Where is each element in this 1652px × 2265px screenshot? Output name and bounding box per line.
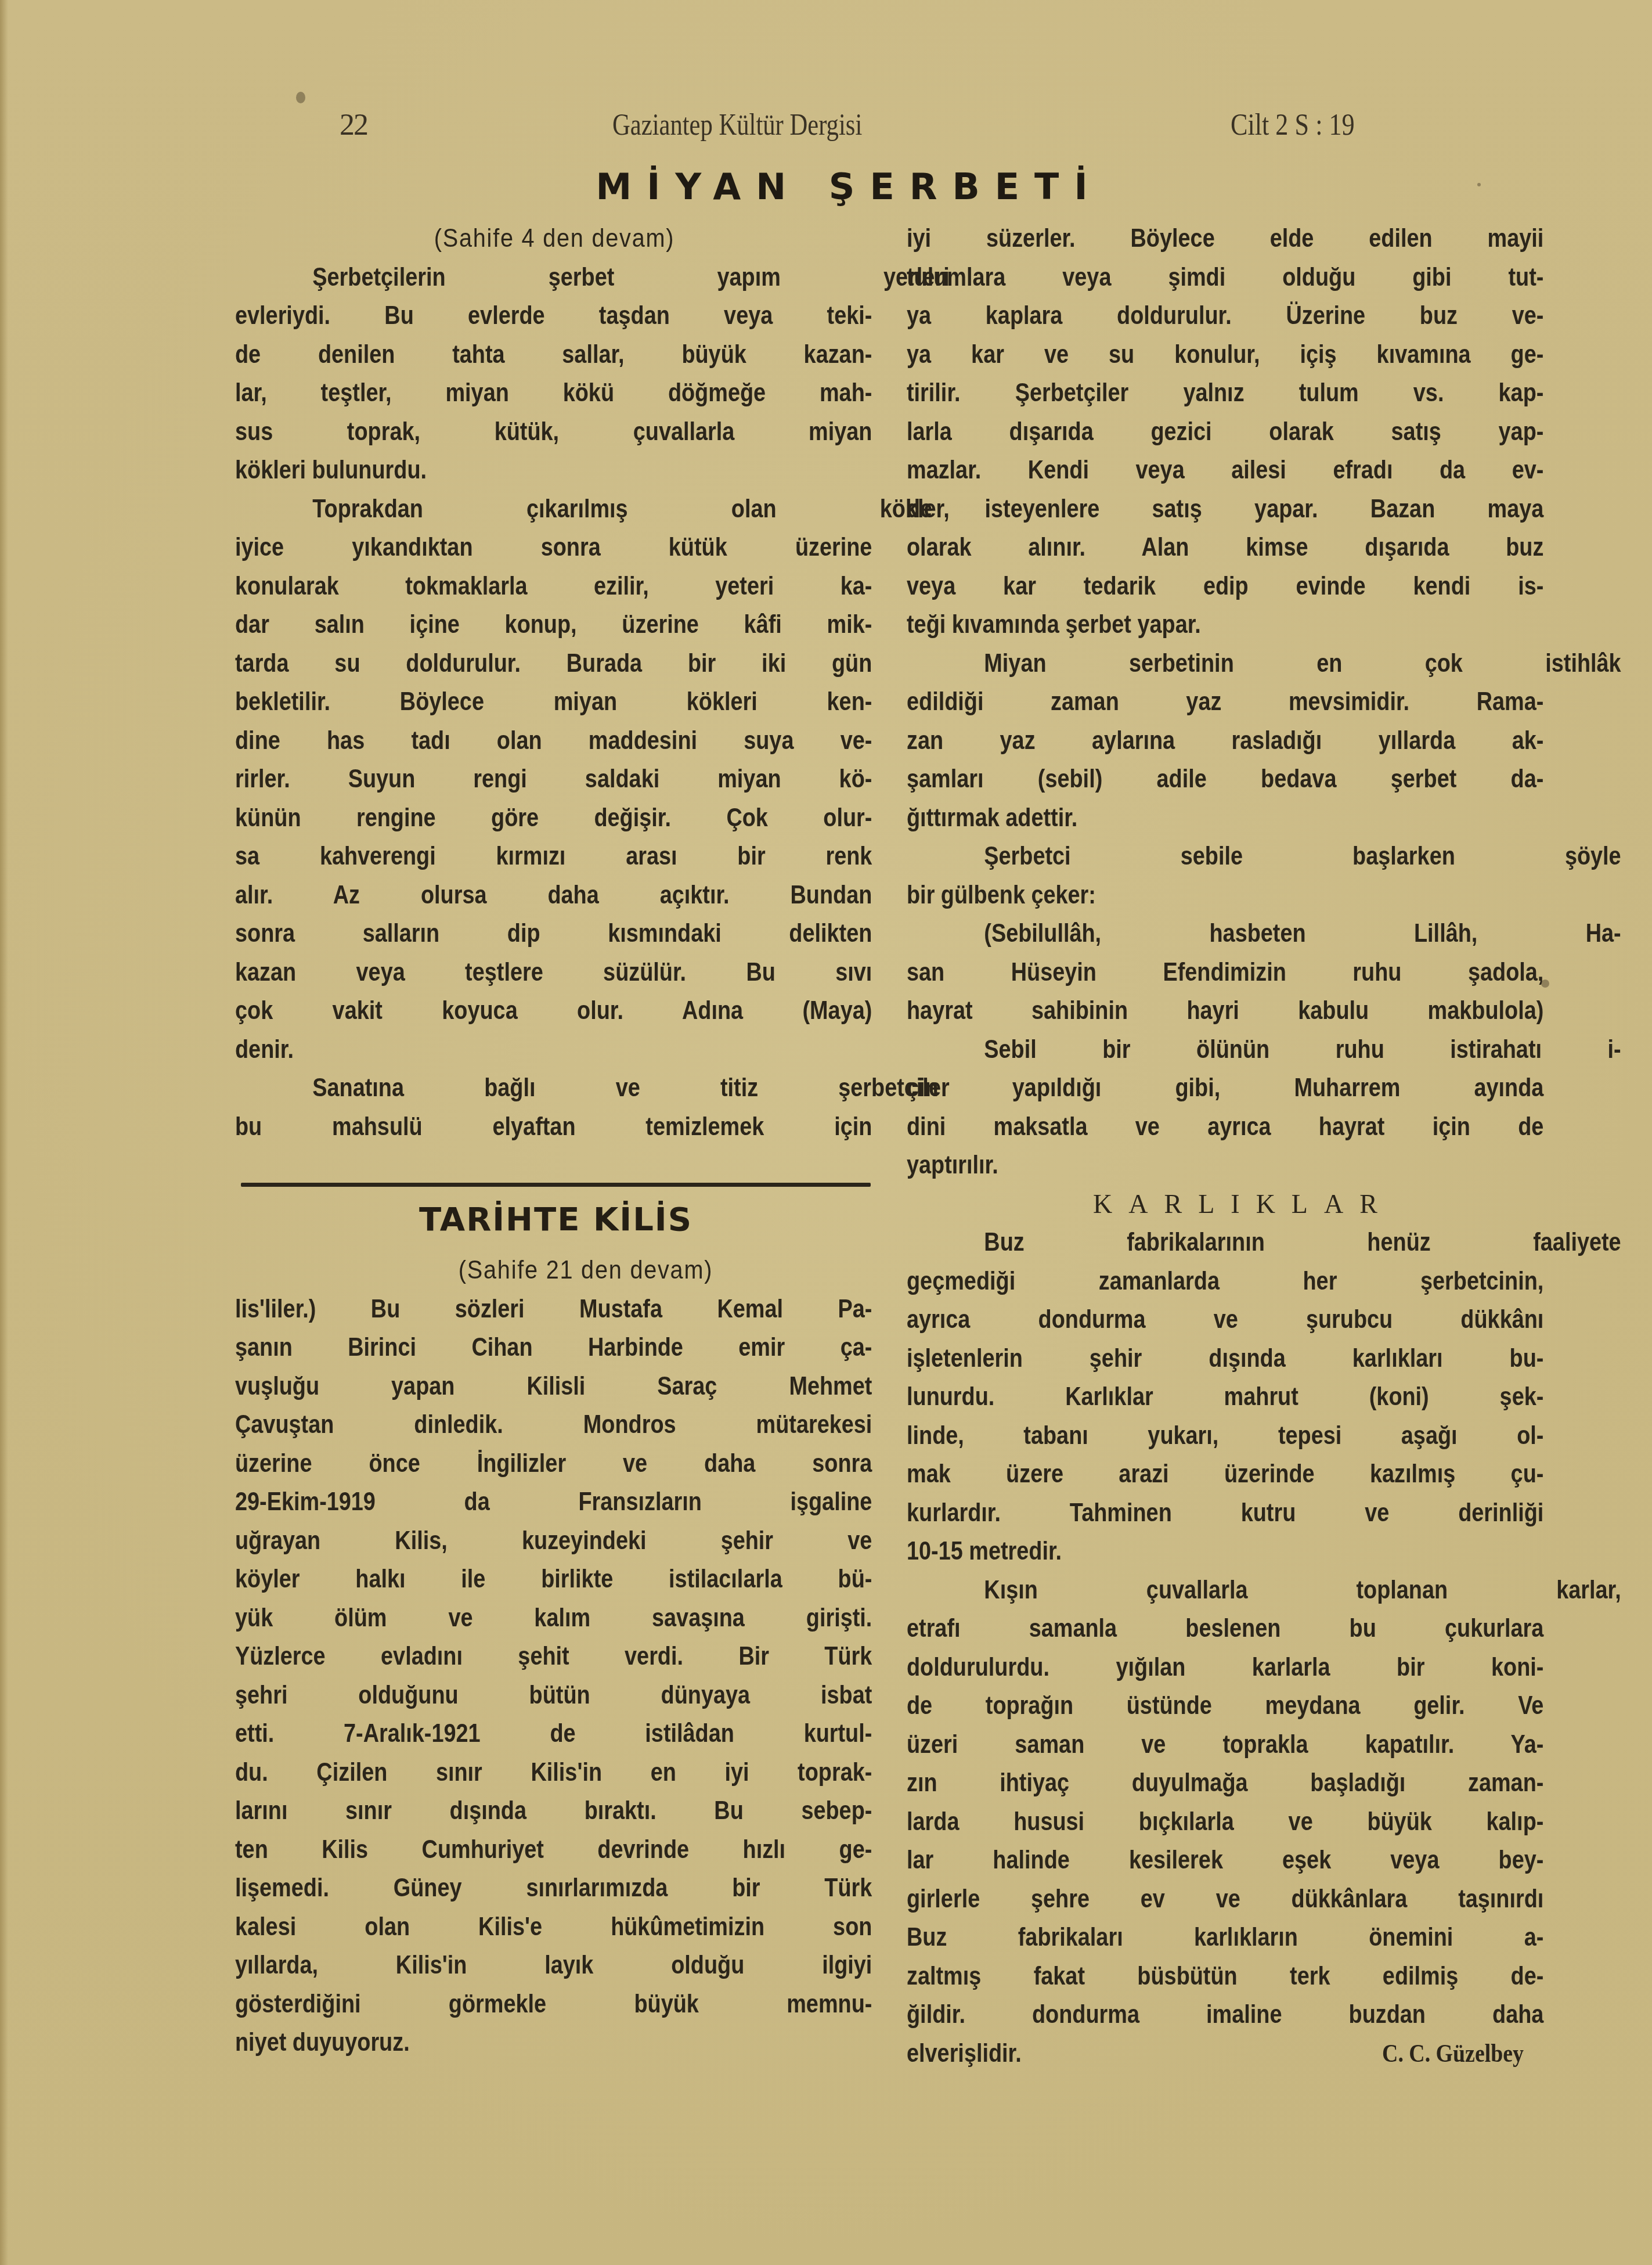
text-line: çin yapıldığı gibi, Muharrem ayında <box>907 1069 1543 1108</box>
text-line: (Sebilullâh, hasbeten Lillâh, Ha- <box>907 914 1621 953</box>
page-spine-shadow <box>0 0 8 2265</box>
text-line: Yüzlerce evladını şehit verdi. Bir Türk <box>235 1637 872 1676</box>
left-column-article-2: (Sahife 21 den devam) lis'liler.) Bu söz… <box>235 1251 874 2062</box>
paper-speck <box>1477 183 1481 186</box>
text-line: Kışın çuvallarla toplanan karlar, <box>907 1571 1621 1610</box>
text-line: de toprağın üstünde meydana gelir. Ve <box>907 1687 1543 1726</box>
text-line: tarda su doldurulur. Burada bir iki gün <box>235 644 872 683</box>
text-line: sus toprak, kütük, çuvallarla miyan <box>235 413 872 452</box>
text-line: üzerine önce İngilizler ve daha sonra <box>235 1445 872 1483</box>
text-line: teği kıvamında şerbet yapar. <box>907 606 1543 644</box>
text-line: dine has tadı olan maddesini suya ve- <box>235 722 872 761</box>
text-line: ayrıca dondurma ve şurubcu dükkânı <box>907 1301 1543 1339</box>
text-line: zın ihtiyaç duyulmağa başladığı zaman- <box>907 1764 1543 1803</box>
text-line: köyler halkı ile birlikte istilacılarla … <box>235 1560 872 1599</box>
text-line: san Hüseyin Efendimizin ruhu şadola, <box>907 953 1543 992</box>
text-line: geçmediği zamanlarda her şerbetcinin, <box>907 1262 1543 1301</box>
text-line: sonra salların dip kısmındaki delikten <box>235 914 872 953</box>
text-line: etti. 7-Aralık-1921 de istilâdan kurtul- <box>235 1715 872 1753</box>
text-line: Çavuştan dinledik. Mondros mütarekesi <box>235 1406 872 1445</box>
text-line: üzeri saman ve toprakla kapatılır. Ya- <box>907 1726 1543 1765</box>
text-line: şehri olduğunu bütün dünyaya isbat <box>235 1676 872 1715</box>
text-line: Toprakdan çıkarılmış olan kökler, <box>235 490 950 529</box>
text-line: yıllarda, Kilis'in layık olduğu ilgiyi <box>235 1946 872 1985</box>
text-line: zan yaz aylarına rasladığı yıllarda ak- <box>907 722 1543 761</box>
text-line: 29-Ekim-1919 da Fransızların işgaline <box>235 1483 872 1522</box>
continued-from-note: (Sahife 4 den devam) <box>267 219 842 258</box>
running-header: 22 Gaziantep Kültür Dergisi Cilt 2 S : 1… <box>340 103 1652 156</box>
magazine-page: 22 Gaziantep Kültür Dergisi Cilt 2 S : 1… <box>0 0 1652 2265</box>
text-line: kökleri bulunurdu. <box>235 451 872 490</box>
article-title-tarihte-kilis: TARİHTE KİLİS <box>241 1201 871 1238</box>
text-line: du. Çizilen sınır Kilis'in en iyi toprak… <box>235 1753 872 1792</box>
text-line: uğrayan Kilis, kuzeyindeki şehir ve <box>235 1522 872 1561</box>
text-line: de denilen tahta sallar, büyük kazan- <box>235 336 872 375</box>
text-line: bir gülbenk çeker: <box>907 876 1543 915</box>
text-line: tulumlara veya şimdi olduğu gibi tut- <box>907 258 1543 297</box>
text-line: dini maksatla ve ayrıca hayrat için de <box>907 1108 1543 1147</box>
text-line: vuşluğu yapan Kilisli Saraç Mehmet <box>235 1367 872 1406</box>
text-line: girlerle şehre ev ve dükkânlara taşınırd… <box>907 1880 1543 1919</box>
text-line: 10-15 metredir. <box>907 1532 1543 1571</box>
continued-from-note: (Sahife 21 den devam) <box>267 1251 842 1290</box>
text-line: şanın Birinci Cihan Harbinde emir ça- <box>235 1328 872 1367</box>
text-line: tirilir. Şerbetçiler yalnız tulum vs. ka… <box>907 374 1543 413</box>
text-line: işletenlerin şehir dışında karlıkları bu… <box>907 1339 1543 1378</box>
text-line: larını sınır dışında bıraktı. Bu sebep- <box>235 1792 872 1831</box>
text-line: niyet duyuyoruz. <box>235 2023 872 2062</box>
text-line: lar, teştler, miyan kökü döğmeğe mah- <box>235 374 872 413</box>
text-line: ten Kilis Cumhuriyet devrinde hızlı ge- <box>235 1831 872 1870</box>
text-line: alır. Az olursa daha açıktır. Bundan <box>235 876 872 915</box>
signature-line: elverişlidir. C. C. Güzelbey <box>907 2034 1543 2073</box>
text-line: Şerbetçilerin şerbet yapım yerleri <box>235 258 950 297</box>
text-line: lar halinde kesilerek eşek veya bey- <box>907 1841 1543 1880</box>
text-line: de isteyenlere satış yapar. Bazan maya <box>907 490 1543 529</box>
text-line: rirler. Suyun rengi saldaki miyan kö- <box>235 760 872 799</box>
text-line: veya kar tedarik edip evinde kendi is- <box>907 567 1543 606</box>
text-line: sa kahverengi kırmızı arası bir renk <box>235 837 872 876</box>
text-line: lunurdu. Karlıklar mahrut (koni) şek- <box>907 1378 1543 1417</box>
magazine-title: Gaziantep Kültür Dergisi <box>612 108 862 142</box>
text-line: gösterdiğini görmekle büyük memnu- <box>235 1985 872 2024</box>
text-line: doldurulurdu. yığılan karlarla bir koni- <box>907 1648 1543 1687</box>
text-line: bu mahsulü elyaftan temizlemek için <box>235 1108 872 1147</box>
text-line: hayrat sahibinin hayri kabulu makbulola) <box>907 992 1543 1031</box>
author-name: C. C. Güzelbey <box>1382 2034 1543 2073</box>
text-line: iyi süzerler. Böylece elde edilen mayii <box>907 219 1543 258</box>
text-line: zaltmış fakat büsbütün terk edilmiş de- <box>907 1957 1543 1996</box>
text-line: larla dışarıda gezici olarak satış yap- <box>907 413 1543 452</box>
text-line: kazan veya teştlere süzülür. Bu sıvı <box>235 953 872 992</box>
text-line: Şerbetci sebile başlarken şöyle <box>907 837 1621 876</box>
text-line: evleriydi. Bu evlerde taşdan veya teki- <box>235 297 872 336</box>
paper-speck <box>296 92 305 103</box>
text-line: bekletilir. Böylece miyan kökleri ken- <box>235 683 872 722</box>
text-line: olarak alınır. Alan kimse dışarıda buz <box>907 528 1543 567</box>
text-line: edildiği zaman yaz mevsimidir. Rama- <box>907 683 1543 722</box>
text-line: ğıttırmak adettir. <box>907 799 1543 838</box>
text-line: lişemedi. Güney sınırlarımızda bir Türk <box>235 1869 872 1908</box>
section-divider-rule <box>241 1183 871 1187</box>
right-column-article-1: iyi süzerler. Böylece elde edilen mayii … <box>907 219 1545 2073</box>
text-line: ya kaplara doldurulur. Üzerine buz ve- <box>907 297 1543 336</box>
page-number: 22 <box>340 108 367 142</box>
text-line: ya kar ve su konulur, içiş kıvamına ge- <box>907 336 1543 375</box>
text-line: Sebil bir ölünün ruhu istirahatı i- <box>907 1031 1621 1070</box>
text-line: yaptırılır. <box>907 1146 1543 1185</box>
text-line: linde, tabanı yukarı, tepesi aşağı ol- <box>907 1417 1543 1456</box>
text-line: künün rengine göre değişir. Çok olur- <box>235 799 872 838</box>
closing-text: elverişlidir. <box>907 2034 1022 2073</box>
text-line: şamları (sebil) adile bedava şerbet da- <box>907 760 1543 799</box>
text-line: mazlar. Kendi veya ailesi efradı da ev- <box>907 451 1543 490</box>
subsection-title-karliklar: KARLIKLAR <box>907 1185 1545 1224</box>
text-line: ğildir. dondurma imaline buzdan daha <box>907 1996 1543 2034</box>
text-line: konularak tokmaklarla ezilir, yeteri ka- <box>235 567 872 606</box>
text-line: Buz fabrikalarının henüz faaliyete <box>907 1223 1621 1262</box>
volume-issue: Cilt 2 S : 19 <box>1231 108 1355 142</box>
text-line: kalesi olan Kilis'e hükûmetimizin son <box>235 1908 872 1947</box>
text-line: lis'liler.) Bu sözleri Mustafa Kemal Pa- <box>235 1290 872 1329</box>
text-line: larda hususi bıçkılarla ve büyük kalıp- <box>907 1803 1543 1842</box>
text-line: yük ölüm ve kalım savaşına girişti. <box>235 1599 872 1638</box>
text-line: mak üzere arazi üzerinde kazılmış çu- <box>907 1455 1543 1494</box>
text-line: Miyan serbetinin en çok istihlâk <box>907 644 1621 683</box>
article-title-miyan-serbeti: MİYAN ŞERBETİ <box>0 165 1652 208</box>
text-line: kurlardır. Tahminen kutru ve derinliği <box>907 1494 1543 1533</box>
paper-speck <box>1541 980 1549 988</box>
text-line: Buz fabrikaları karlıkların önemini a- <box>907 1918 1543 1957</box>
text-line: denir. <box>235 1031 872 1070</box>
text-line: dar salın içine konup, üzerine kâfi mik- <box>235 606 872 644</box>
left-column-article-1: (Sahife 4 den devam) Şerbetçilerin şerbe… <box>235 219 874 1146</box>
text-line: çok vakit koyuca olur. Adına (Maya) <box>235 992 872 1031</box>
text-line: Sanatına bağlı ve titiz şerbetciler <box>235 1069 950 1108</box>
text-line: iyice yıkandıktan sonra kütük üzerine <box>235 528 872 567</box>
text-line: etrafı samanla beslenen bu çukurlara <box>907 1609 1543 1648</box>
